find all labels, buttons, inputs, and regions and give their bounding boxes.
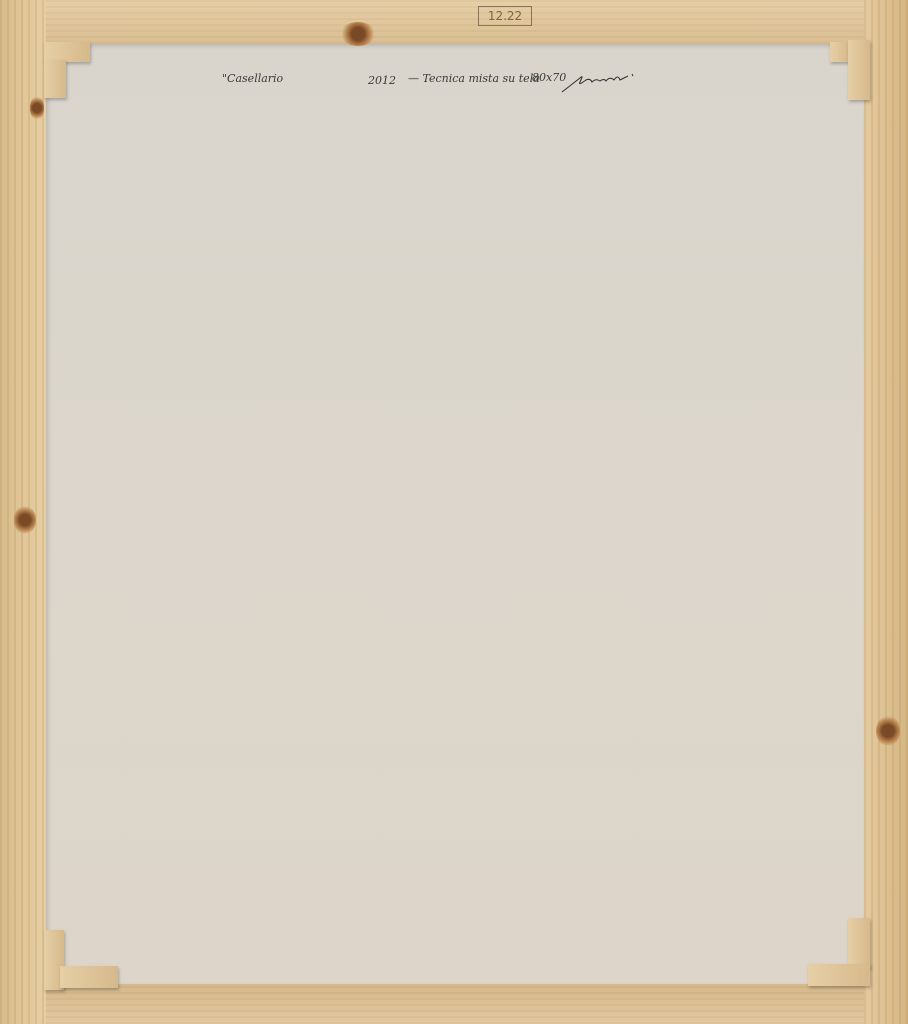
corner-key-top-right-v [848,40,870,100]
inscription-title: "Casellario [222,72,283,85]
stretcher-bar-bottom [0,984,908,1024]
artist-signature [560,70,640,95]
stretcher-bar-right [864,0,908,1024]
corner-key-bottom-left-h [60,966,118,988]
corner-key-top-right-h [830,42,850,62]
inscription-year: 2012 [368,74,396,87]
wood-knot [876,715,900,747]
inscription-technique: — Tecnica mista su tela [408,72,540,85]
canvas-back [46,44,864,984]
wood-knot [30,95,44,121]
corner-key-bottom-right-h [808,964,870,986]
corner-key-top-left-h [44,42,90,62]
corner-key-bottom-right-v [848,918,870,968]
frame-inventory-label: 12.22 [478,6,532,26]
wood-knot [340,22,376,46]
corner-key-top-left-v [44,60,66,98]
wood-knot [14,505,36,535]
stretcher-bar-top [0,0,908,44]
